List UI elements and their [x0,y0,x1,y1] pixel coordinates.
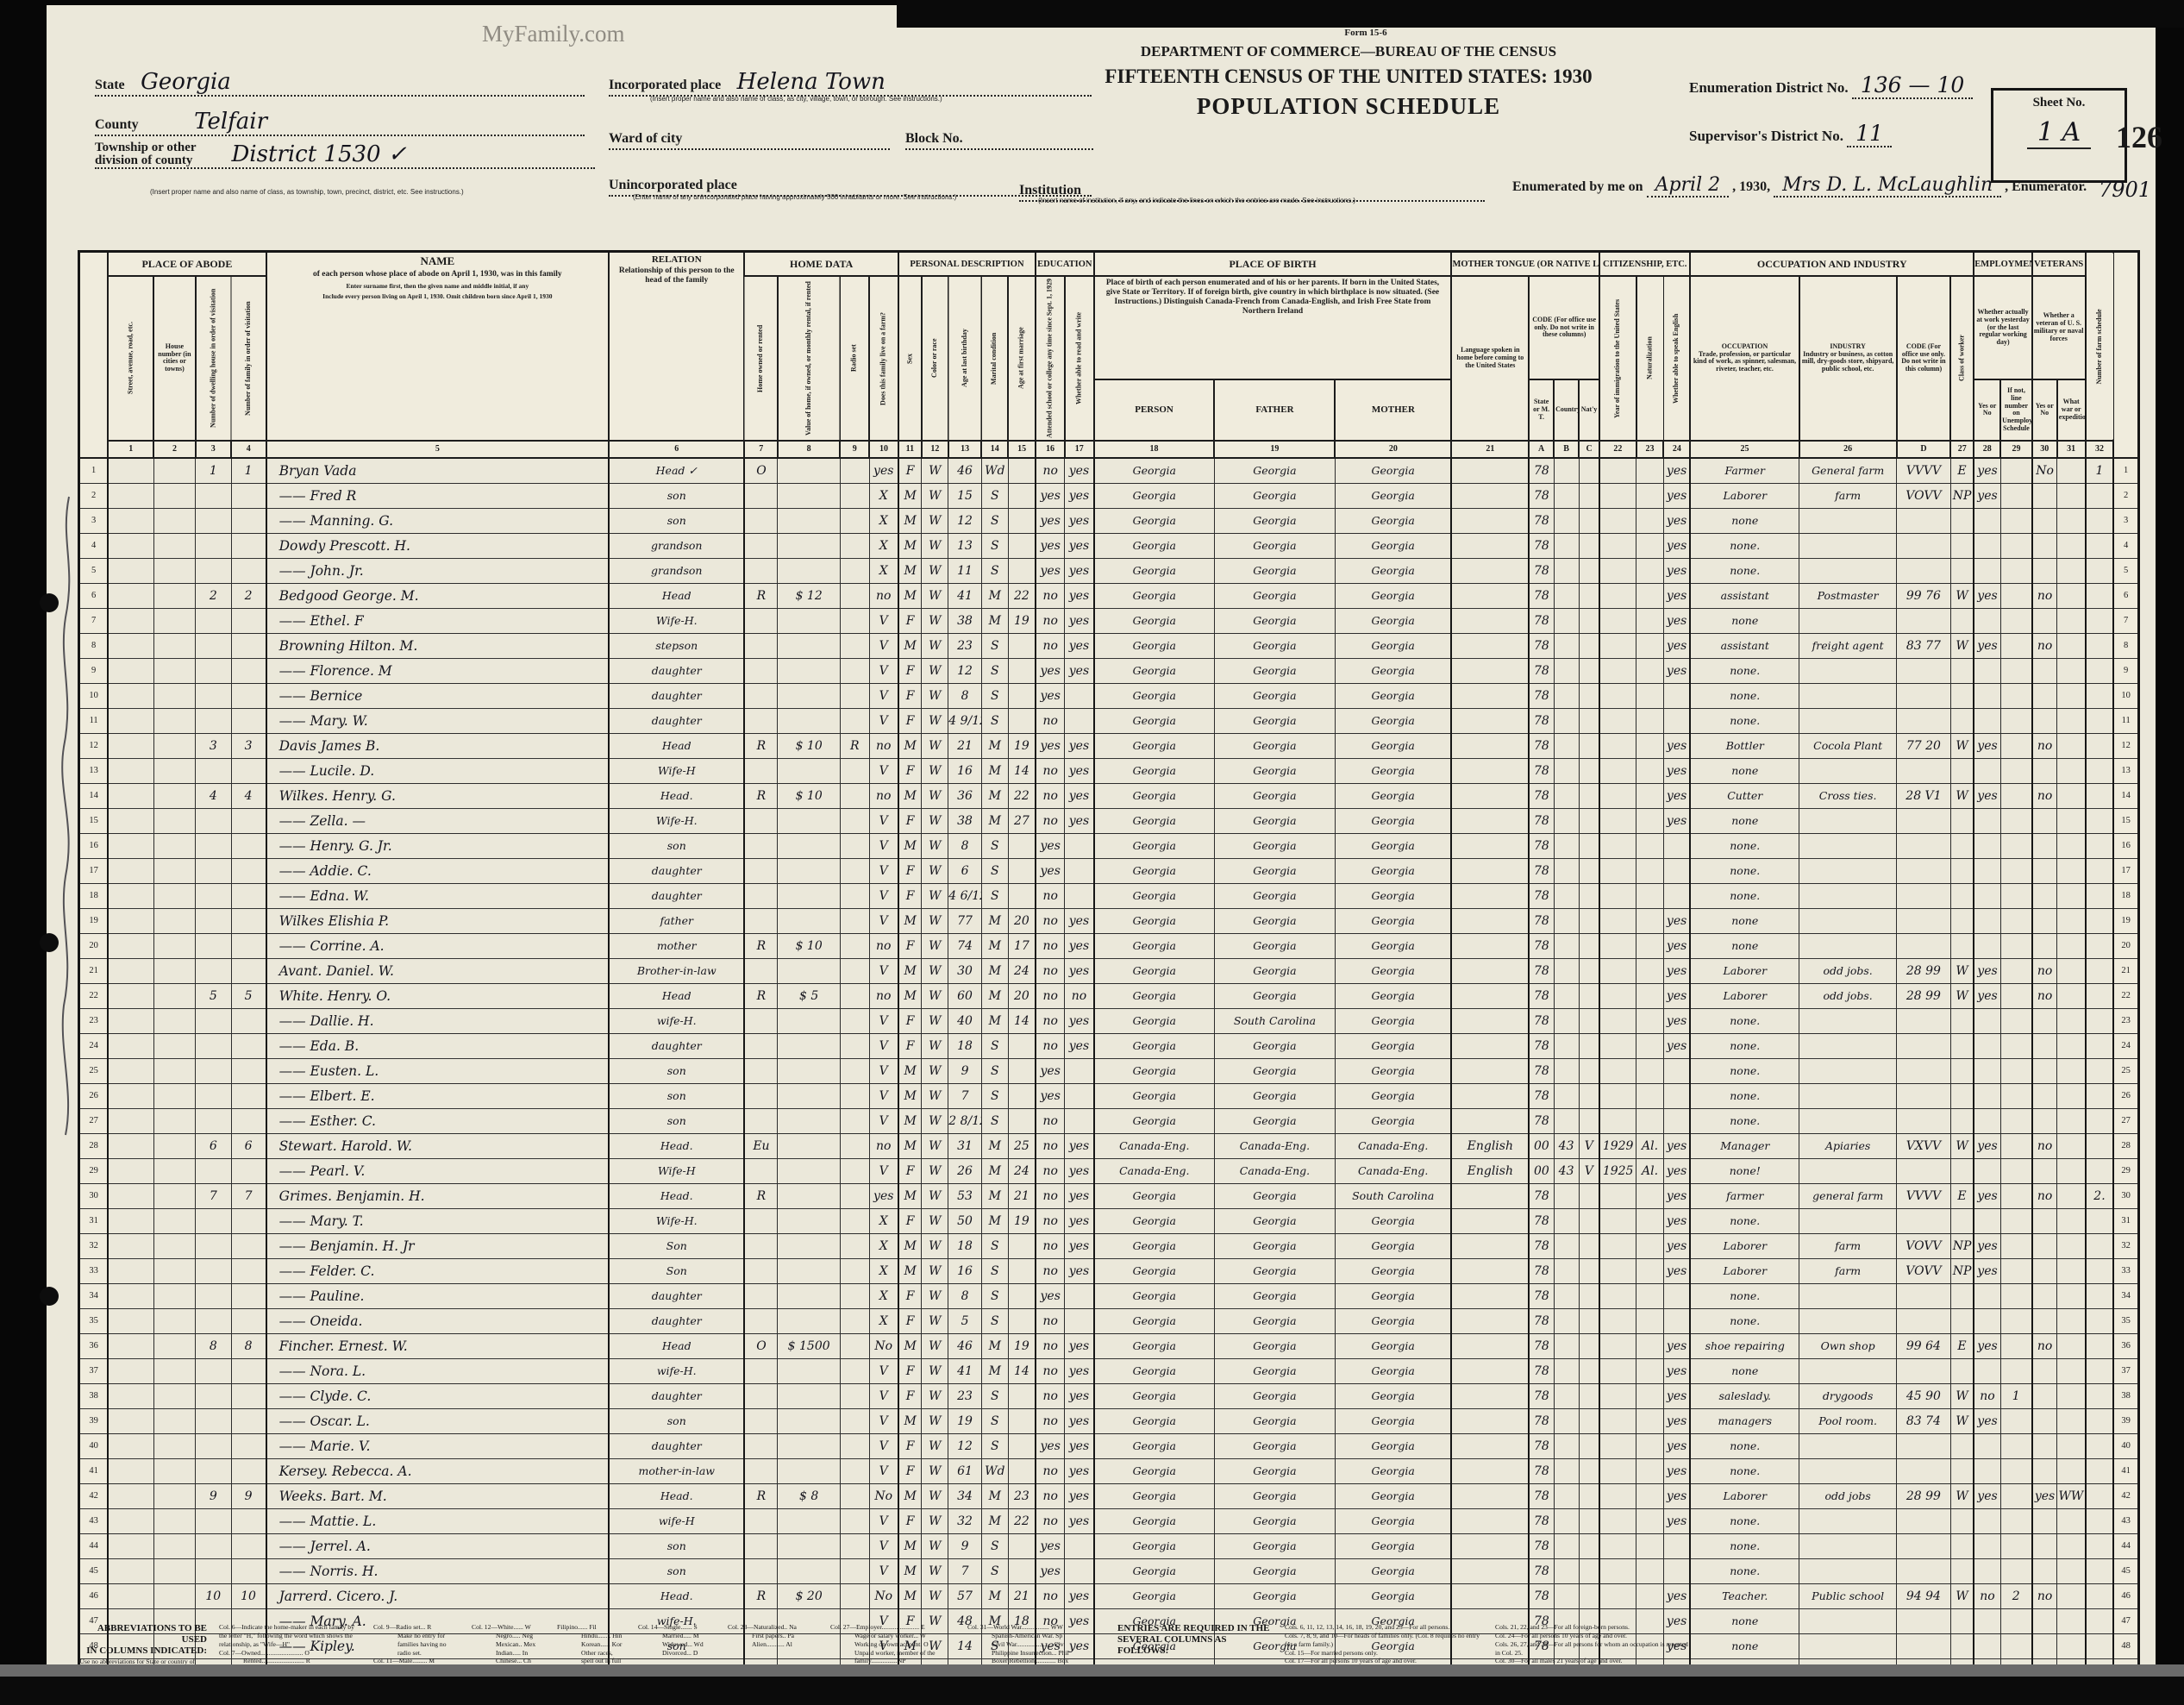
cell: $ 20 [778,1583,840,1608]
cell [1065,1058,1094,1083]
cell [1451,1583,1529,1608]
cell [196,1508,231,1533]
cell: no [1036,583,1065,608]
cell [1599,983,1636,1008]
cell: S [981,1558,1008,1583]
cell [231,1108,266,1133]
cell-name: Fincher. Ernest. W. [266,1333,610,1358]
abbreviation-line: Married..... M [638,1632,716,1640]
cell [1554,1083,1579,1108]
cell: yes [1065,1333,1094,1358]
cell [1008,658,1036,683]
column-header: Country [1554,379,1579,441]
cell [1554,558,1579,583]
cell [1897,658,1951,683]
cell: yes [1663,1433,1690,1458]
cell [153,1408,195,1433]
cell [1636,583,1664,608]
cell [1065,683,1094,708]
cell [2086,1583,2114,1608]
cell [231,633,266,658]
cell [231,558,266,583]
cell [231,1358,266,1383]
cell: V [869,1458,898,1483]
line-number: 15 [79,808,109,833]
cell [1897,1358,1951,1383]
punch-hole [40,933,59,952]
cell-birthplace: Georgia [1335,783,1451,808]
column-header: 7 [744,441,778,458]
cell [2057,508,2086,533]
cell [2086,1383,2114,1408]
cell: 78 [1529,908,1554,933]
line-number: 17 [2113,858,2138,883]
cell [153,658,195,683]
column-header: What war or expedition? [2057,379,2086,441]
cell [1065,1083,1094,1108]
cell-birthplace: Georgia [1214,808,1335,833]
cell-relation: Head [609,583,744,608]
cell [196,833,231,858]
cell [1451,1533,1529,1558]
cell [1554,733,1579,758]
cell: no [1036,908,1065,933]
cell [1451,1408,1529,1433]
cell [196,633,231,658]
cell: no [1036,783,1065,808]
line-number: 17 [79,858,109,883]
table-row: 1444Wilkes. Henry. G.Head.R$ 10noMW36M22… [79,783,2139,808]
cell [778,883,840,908]
cell: M [898,1558,922,1583]
cell [2000,908,2032,933]
cell: yes [1974,983,2000,1008]
cell: 8 [948,1283,982,1308]
cell [1636,1433,1664,1458]
cell: 22 [1008,583,1036,608]
cell-birthplace: Georgia [1335,1408,1451,1433]
cell: W [922,508,948,533]
cell [1599,633,1636,658]
cell [2057,783,2086,808]
column-header: D [1897,441,1951,458]
cell [1950,1558,1974,1583]
line-number: 33 [2113,1258,2138,1283]
line-number: 23 [79,1008,109,1033]
line-number: 23 [2113,1008,2138,1033]
cell-relation: Head. [609,1183,744,1208]
cell [840,1133,869,1158]
cell: 78 [1529,883,1554,908]
cell [2032,1108,2057,1133]
abbreviation-line: Unpaid worker, member of the family.....… [830,1649,955,1666]
county-value: Telfair [194,109,267,135]
line-number: 35 [79,1308,109,1333]
cell: Al. [1636,1133,1664,1158]
cell: F [898,1208,922,1233]
cell [1554,1483,1579,1508]
cell [778,1433,840,1458]
cell: 78 [1529,683,1554,708]
cell: 53 [948,1183,982,1208]
cell [840,783,869,808]
cell-occupation [1799,708,1897,733]
cell [2032,1208,2057,1233]
column-header: CITIZENSHIP, ETC. [1599,252,1690,277]
cell: V [869,808,898,833]
cell-name: Davis James B. [266,733,610,758]
cell [108,833,153,858]
cell: 1 [2086,458,2114,484]
table-row: 10—— BernicedaughterVFW8SyesGeorgiaGeorg… [79,683,2139,708]
line-number: 30 [79,1183,109,1208]
cell: W [922,1183,948,1208]
cell [744,1008,778,1033]
cell [1663,1283,1690,1308]
table-row: 24—— Eda. B.daughterVFW18SnoyesGeorgiaGe… [79,1033,2139,1058]
cell [2000,833,2032,858]
cell-birthplace: Georgia [1094,1083,1215,1108]
cell-birthplace: Georgia [1094,958,1215,983]
cell: 78 [1529,858,1554,883]
cell [1008,533,1036,558]
cell [153,1158,195,1183]
cell [1974,758,2000,783]
cell: S [981,708,1008,733]
cell [1579,1433,1599,1458]
cell [1636,533,1664,558]
column-header: Radio set [840,276,869,441]
cell: yes [1663,933,1690,958]
cell [1636,733,1664,758]
cell: M [981,583,1008,608]
cell-birthplace: Georgia [1335,933,1451,958]
column-header: 17 [1065,441,1094,458]
cell-birthplace: Georgia [1335,683,1451,708]
cell [744,1233,778,1258]
block-field: Block No. [905,122,1093,150]
cell [744,1058,778,1083]
cell: yes [1065,483,1094,508]
cell-birthplace: Georgia [1214,1358,1335,1383]
cell: W [922,1033,948,1058]
cell: F [898,758,922,783]
cell-birthplace: Georgia [1094,908,1215,933]
cell: O [744,1333,778,1358]
cell-birthplace: Georgia [1335,1383,1451,1408]
cell: yes [1065,1458,1094,1483]
cell [778,1358,840,1383]
table-row: 18—— Edna. W.daughterVFW4 6/12SnoGeorgia… [79,883,2139,908]
cell: 78 [1529,783,1554,808]
cell [1554,883,1579,908]
line-number: 21 [2113,958,2138,983]
cell-occupation: none. [1690,708,1799,733]
cell-name: Dowdy Prescott. H. [266,533,610,558]
cell-birthplace: Georgia [1214,1383,1335,1408]
cell [1008,1083,1036,1108]
cell [153,1483,195,1508]
cell [1579,1333,1599,1358]
cell [2057,708,2086,733]
cell-relation: wife-H. [609,1008,744,1033]
abbreviation-line: Alien........... Al [728,1640,818,1649]
cell [2000,933,2032,958]
cell [2000,1558,2032,1583]
abbreviation-line: Col. 14—Single....... S [638,1623,716,1632]
line-number: 24 [79,1033,109,1058]
cell: M [898,1058,922,1083]
cell [2086,758,2114,783]
cell [1599,783,1636,808]
cell [2000,508,2032,533]
cell [1579,508,1599,533]
cell: yes [1663,1258,1690,1283]
cell: 27 [1008,808,1036,833]
cell: yes [1036,1558,1065,1583]
cell [1451,683,1529,708]
cell: 11 [948,558,982,583]
column-header: 6 [609,441,744,458]
cell [744,1508,778,1533]
cell: 9 [196,1483,231,1508]
cell-occupation [1799,1308,1897,1333]
cell: F [898,1383,922,1408]
cell [840,608,869,633]
cell-relation: mother-in-law [609,1458,744,1483]
cell [1554,1433,1579,1458]
cell [1950,933,1974,958]
cell: 18 [948,1233,982,1258]
cell [1451,808,1529,833]
cell: $ 10 [778,733,840,758]
cell [231,1058,266,1083]
cell [1974,1283,2000,1308]
cell-birthplace: Georgia [1094,933,1215,958]
abbreviation-line: Col. 6—Indicate the home-maker in each f… [219,1623,361,1649]
cell: no [1036,1133,1065,1158]
cell-birthplace: Canada-Eng. [1094,1158,1215,1183]
cell: W [1950,1483,1974,1508]
cell-occupation: Public school [1799,1583,1897,1608]
cell [778,858,840,883]
cell-birthplace: Georgia [1214,908,1335,933]
line-number: 19 [79,908,109,933]
line-number: 3 [79,508,109,533]
institution-note: (Insert name of institution, if any, and… [1038,197,1504,204]
cell [2000,658,2032,683]
cell: 4 9/12 [948,708,982,733]
cell: VVVV [1897,458,1951,484]
cell-name: —— Bernice [266,683,610,708]
cell-name: —— Henry. G. Jr. [266,833,610,858]
cell: no [1036,1158,1065,1183]
cell: M [981,608,1008,633]
column-header: 25 [1690,441,1799,458]
abbreviation-line: Col. 31—World War................. WW [967,1623,1105,1632]
cell: M [981,808,1008,833]
cell [2000,1508,2032,1533]
cell: VOVV [1897,1258,1951,1283]
cell-birthplace: Georgia [1094,808,1215,833]
cell-relation: Head [609,733,744,758]
cell: V [869,1558,898,1583]
cell [1579,958,1599,983]
table-row: 3—— Manning. G.sonXMW12SyesyesGeorgiaGeo… [79,508,2139,533]
cell [2057,883,2086,908]
cell [744,833,778,858]
cell [744,1033,778,1058]
cell [231,708,266,733]
cell [1579,633,1599,658]
cell [2057,1058,2086,1083]
cell [1008,508,1036,533]
table-row: 2—— Fred RsonXMW15SyesyesGeorgiaGeorgiaG… [79,483,2139,508]
cell: yes [1663,558,1690,583]
cell [1554,1358,1579,1383]
cell [1579,1258,1599,1283]
cell: yes [1065,1508,1094,1533]
cell: no [2032,983,2057,1008]
cell: 28 99 [1897,983,1951,1008]
cell [2000,1133,2032,1158]
column-header: 12 [922,441,948,458]
cell: no [1036,1233,1065,1258]
county-label: County [95,117,139,132]
cell [2000,1008,2032,1033]
cell [1579,1358,1599,1383]
table-row: 622Bedgood George. M.HeadR$ 12noMW41M22n… [79,583,2139,608]
line-number: 12 [79,733,109,758]
cell [2086,483,2114,508]
cell-relation: wife-H. [609,1358,744,1383]
cell [1636,633,1664,658]
cell [1950,658,1974,683]
cell: 1 [196,458,231,484]
cell-relation: Wife-H [609,758,744,783]
abbreviation-line: Cols. 21, 22, and 23—For all foreign-bor… [1495,1623,1693,1632]
cell [2086,1208,2114,1233]
cell-occupation: none! [1690,1158,1799,1183]
cell: yes [1065,583,1094,608]
cell-birthplace: Canada-Eng. [1094,1133,1215,1158]
cell-relation: Head ✓ [609,458,744,484]
cell-relation: daughter [609,658,744,683]
cell: W [1950,583,1974,608]
cell: S [981,1108,1008,1133]
table-row: 8Browning Hilton. M.stepsonVMW23SnoyesGe… [79,633,2139,658]
cell: 78 [1529,1033,1554,1058]
scan-edge-bottom [0,1677,2184,1705]
column-header: Yes or No [2032,379,2057,441]
cell-name: Wilkes Elishia P. [266,908,610,933]
cell: R [744,933,778,958]
cell: yes [1663,1033,1690,1058]
cell: 4 [196,783,231,808]
cell-name: —— Manning. G. [266,508,610,533]
cell-birthplace: Georgia [1335,1108,1451,1133]
cell [108,1533,153,1558]
abbreviation-line: Cols. 6, 11, 12, 13, 14, 16, 18, 19, 20,… [1285,1623,1483,1632]
cell-name: —— Marie. V. [266,1433,610,1458]
cell [778,1108,840,1133]
cell [744,1408,778,1433]
cell [744,658,778,683]
cell-birthplace: Georgia [1094,533,1215,558]
line-number: 14 [2113,783,2138,808]
cell [231,1383,266,1408]
stamp-number: 126 [2116,119,2162,155]
cell-birthplace: Georgia [1214,858,1335,883]
cell: yes [1036,1058,1065,1083]
cell: S [981,1283,1008,1308]
cell [108,1383,153,1408]
cell [2086,558,2114,583]
cell-relation: daughter [609,858,744,883]
column-header: PLACE OF BIRTH [1094,252,1452,277]
cell [1897,858,1951,883]
cell [1554,983,1579,1008]
cell: 19 [1008,1208,1036,1233]
cell-occupation [1799,758,1897,783]
cell [1554,1408,1579,1433]
cell [108,758,153,783]
cell-relation: Brother-in-law [609,958,744,983]
cell [1554,483,1579,508]
cell: $ 10 [778,933,840,958]
cell [1599,1408,1636,1433]
cell-birthplace: Georgia [1214,1058,1335,1083]
cell: 12 [948,1433,982,1458]
abbreviation-line: Divorced... D [638,1649,716,1658]
cell: 78 [1529,958,1554,983]
cell [1974,1058,2000,1083]
cell [231,1158,266,1183]
cell [196,533,231,558]
table-row: 16—— Henry. G. Jr.sonVMW8SyesGeorgiaGeor… [79,833,2139,858]
cell-birthplace: Georgia [1214,708,1335,733]
cell [2000,758,2032,783]
cell [2032,483,2057,508]
table-row: 45—— Norris. H.sonVMW7SyesGeorgiaGeorgia… [79,1558,2139,1583]
cell [1636,758,1664,783]
cell [778,833,840,858]
cell [2032,558,2057,583]
cell: 60 [948,983,982,1008]
column-header: 3 [196,441,231,458]
cell-relation: Head [609,983,744,1008]
cell: 23 [948,1383,982,1408]
cell: no [869,733,898,758]
cell [2032,508,2057,533]
cell [2032,1433,2057,1458]
cell: W [922,1208,948,1233]
cell: no [1036,1208,1065,1233]
cell [153,1533,195,1558]
line-number: 26 [79,1083,109,1108]
cell [2086,1533,2114,1558]
abbreviation-block: Cols. 6, 11, 12, 13, 14, 16, 18, 19, 20,… [1285,1623,1483,1665]
cell: 78 [1529,533,1554,558]
cell: W [922,608,948,633]
cell: No [2032,458,2057,484]
cell [2057,1133,2086,1158]
cell: 28 V1 [1897,783,1951,808]
cell: yes [1663,508,1690,533]
cell-birthplace: Georgia [1214,658,1335,683]
column-header: Place of birth of each person enumerated… [1094,276,1452,379]
cell [1008,483,1036,508]
